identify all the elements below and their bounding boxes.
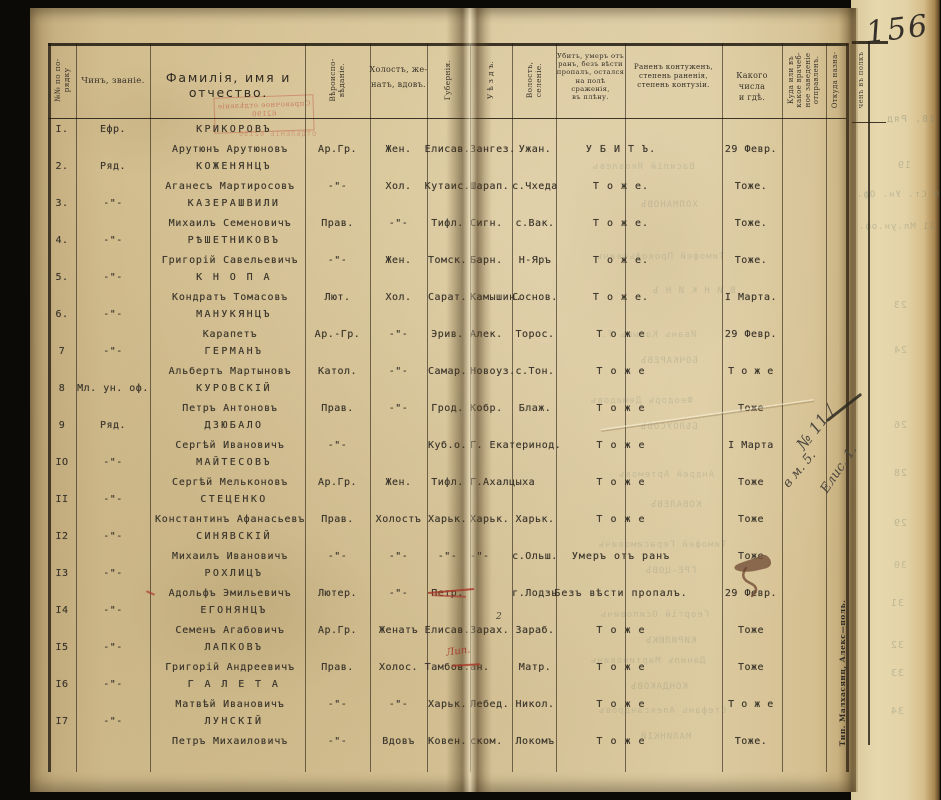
table-row: 2. Ряд. КОЖЕНЯНЦЪ Аганесъ Мартиросовъ -"… bbox=[0, 159, 941, 196]
cell-gubernia: Ковен. bbox=[424, 736, 471, 747]
cell-date: 29 Февр. bbox=[718, 329, 784, 340]
cell-given-name: Михаилъ Ивановичъ bbox=[150, 551, 310, 562]
cell-religion: -"- bbox=[305, 699, 370, 710]
column-header-religion: Вѣроиспо- вѣданіе. bbox=[328, 42, 346, 118]
cell-marital: Жен. bbox=[370, 255, 427, 266]
cell-surname: КОЖЕНЯНЦЪ bbox=[158, 161, 310, 172]
cell-surname: МАЙТЕСОВЪ bbox=[158, 457, 310, 468]
cell-rank: -"- bbox=[76, 235, 150, 246]
cell-rank: -"- bbox=[76, 198, 150, 209]
cell-marital: Холос. bbox=[370, 662, 427, 673]
cell-fate: Т о ж е bbox=[540, 403, 702, 414]
cell-row-number: I2 bbox=[48, 531, 76, 542]
cell-row-number: II bbox=[48, 494, 76, 505]
cell-marital: -"- bbox=[370, 588, 427, 599]
cell-date: Т о ж е bbox=[718, 699, 784, 710]
cell-fate: Т о ж е bbox=[540, 662, 702, 673]
cell-given-name: Аганесъ Мартиросовъ bbox=[150, 181, 310, 192]
cell-row-number: IO bbox=[48, 457, 76, 468]
table-row: I6 -"- Г А Л Е Т А Матвѣй Ивановичъ -"- … bbox=[0, 677, 941, 714]
cell-fate: Безъ вѣсти пропалъ. bbox=[540, 588, 702, 599]
table-row: 7 -"- ГЕРМАНЪ Альбертъ Мартыновъ Катол. … bbox=[0, 344, 941, 381]
cell-given-name: Петръ Антоновъ bbox=[150, 403, 310, 414]
cell-religion: -"- bbox=[305, 440, 370, 451]
table-row: I2 -"- СИНЯВСКІЙ Михаилъ Ивановичъ -"- -… bbox=[0, 529, 941, 566]
table-row: 5. -"- К Н О П А Кондратъ Томасовъ Лют. … bbox=[0, 270, 941, 307]
cell-date: Тоже. bbox=[718, 255, 784, 266]
cell-uezd: Сигн. bbox=[470, 218, 516, 229]
printer-imprint: Тип. Малхасянц, Алекс—поль. bbox=[838, 598, 847, 748]
cell-gubernia: Харьк. bbox=[424, 699, 471, 710]
cell-fate: Т о ж е bbox=[540, 477, 702, 488]
cell-rank: -"- bbox=[76, 272, 150, 283]
column-header-number: №№ по по- рядку bbox=[53, 45, 71, 115]
cell-date: 29 Февр. bbox=[718, 144, 784, 155]
cell-surname: СИНЯВСКІЙ bbox=[158, 531, 310, 542]
cell-gubernia: Томск. bbox=[424, 255, 471, 266]
cell-row-number: 5. bbox=[48, 272, 76, 283]
cell-date: Тоже bbox=[718, 477, 784, 488]
cell-religion: -"- bbox=[305, 255, 370, 266]
cell-given-name: Григорій Андреевичъ bbox=[150, 662, 310, 673]
column-header-origin-part2: ченъ въ полкъ bbox=[857, 42, 867, 118]
cell-uezd: ском. bbox=[470, 736, 516, 747]
cell-gubernia: Кутаис. bbox=[424, 181, 471, 192]
column-header-fate: Убитъ, умеръ отъ ранъ, безъ вѣсти пропал… bbox=[556, 52, 625, 101]
cell-gubernia: Харьк. bbox=[424, 514, 471, 525]
cell-marital: -"- bbox=[370, 218, 427, 229]
cell-uezd: Зарах. bbox=[470, 625, 516, 636]
cell-fate: Т о ж е bbox=[540, 440, 702, 451]
cell-religion: -"- bbox=[305, 181, 370, 192]
cell-fate: Т о ж е. bbox=[540, 218, 702, 229]
cell-marital: -"- bbox=[370, 551, 427, 562]
cell-surname: ДЗЮБАЛО bbox=[158, 420, 310, 431]
cell-given-name: Григорій Савельевичъ bbox=[150, 255, 310, 266]
cell-gubernia: Эрив. bbox=[424, 329, 471, 340]
cell-rank: -"- bbox=[76, 309, 150, 320]
cell-given-name: Сергѣй Ивановичъ bbox=[150, 440, 310, 451]
cell-date: Тоже. bbox=[718, 181, 784, 192]
column-header-name: Фамилія, имя и отчество. bbox=[152, 70, 305, 100]
cell-rank: Ряд. bbox=[76, 420, 150, 431]
column-header-date: Какого числа и гдѣ. bbox=[722, 70, 782, 103]
cell-row-number: I7 bbox=[48, 716, 76, 727]
cell-date: I Марта. bbox=[718, 292, 784, 303]
cell-rank: -"- bbox=[76, 568, 150, 579]
cell-uezd: Лебед. bbox=[470, 699, 516, 710]
cell-religion: Катол. bbox=[305, 366, 370, 377]
cell-fate: Т о ж е bbox=[540, 736, 702, 747]
cell-uezd: Барн. bbox=[470, 255, 516, 266]
cell-row-number: I6 bbox=[48, 679, 76, 690]
cell-marital: -"- bbox=[370, 403, 427, 414]
cell-fate: Т о ж е bbox=[540, 514, 702, 525]
cell-row-number: 8 bbox=[48, 383, 76, 394]
cell-date: I Марта bbox=[718, 440, 784, 451]
cell-gubernia: Елисав. bbox=[424, 144, 471, 155]
cell-religion: Ар.-Гр. bbox=[305, 329, 370, 340]
cell-row-number: 6. bbox=[48, 309, 76, 320]
table-row: 8 Мл. ун. оф. КУРОВСКІЙ Петръ Антоновъ П… bbox=[0, 381, 941, 418]
cell-fate: Т о ж е. bbox=[540, 292, 702, 303]
cell-row-number: I. bbox=[48, 124, 76, 135]
cell-rank: -"- bbox=[76, 605, 150, 616]
cell-surname: ГЕРМАНЪ bbox=[158, 346, 310, 357]
cell-date: Тоже. bbox=[718, 218, 784, 229]
cell-religion: Прав. bbox=[305, 218, 370, 229]
cell-given-name: Михаилъ Семеновичъ bbox=[150, 218, 310, 229]
table-row: 3. -"- КАЗЕРАШВИЛИ Михаилъ Семеновичъ Пр… bbox=[0, 196, 941, 233]
cell-row-number: I4 bbox=[48, 605, 76, 616]
cell-uezd: Камышин. bbox=[470, 292, 516, 303]
cell-gubernia: -"- bbox=[424, 551, 471, 562]
cell-gubernia: Куб.о. bbox=[424, 440, 471, 451]
cell-row-number: 3. bbox=[48, 198, 76, 209]
cell-surname: СТЕЦЕНКО bbox=[158, 494, 310, 505]
cell-given-name: Сергѣй Мельконовъ bbox=[150, 477, 310, 488]
cell-religion: -"- bbox=[305, 551, 370, 562]
column-header-volost: Волость, селеніе. bbox=[525, 42, 543, 118]
cell-fate: Т о ж е. bbox=[540, 181, 702, 192]
cell-given-name: Константинъ Афанасьевъ bbox=[150, 514, 310, 525]
cell-date: Тоже. bbox=[718, 736, 784, 747]
cell-surname: РѢШЕТНИКОВЪ bbox=[158, 235, 310, 246]
cell-gubernia: Сарат. bbox=[424, 292, 471, 303]
cell-row-number: I3 bbox=[48, 568, 76, 579]
cell-fate: Т о ж е bbox=[540, 699, 702, 710]
cell-gubernia: Грод. bbox=[424, 403, 471, 414]
column-header-sent-to: Куда или въ какое врачеб- ное заведеніе … bbox=[787, 42, 821, 118]
cell-uezd: -"- bbox=[470, 551, 516, 562]
cell-marital: Жен. bbox=[370, 144, 427, 155]
pencil-digit: 2 bbox=[496, 612, 502, 622]
cell-surname: МАНУКЯНЦЪ bbox=[158, 309, 310, 320]
cell-religion: Прав. bbox=[305, 403, 370, 414]
cell-surname: КАЗЕРАШВИЛИ bbox=[158, 198, 310, 209]
table-row: I5 -"- ЛАПКОВЪ Григорій Андреевичъ Прав.… bbox=[0, 640, 941, 677]
cell-fate: Т о ж е bbox=[540, 366, 702, 377]
cell-given-name: Кондратъ Томасовъ bbox=[150, 292, 310, 303]
cell-given-name: Петръ Михаиловичъ bbox=[150, 736, 310, 747]
cell-given-name: Семенъ Агабовичъ bbox=[150, 625, 310, 636]
cell-uezd: Алек. bbox=[470, 329, 516, 340]
cell-religion: Прав. bbox=[305, 662, 370, 673]
cell-date: Тоже bbox=[718, 662, 784, 673]
cell-uezd: Г.Ахалцыха bbox=[470, 477, 516, 488]
cell-religion: Ар.Гр. bbox=[305, 477, 370, 488]
cell-uezd: Г. Екатеринод. bbox=[470, 440, 516, 451]
cell-fate: Т о ж е bbox=[540, 625, 702, 636]
table-row: 6. -"- МАНУКЯНЦЪ Карапетъ Ар.-Гр. -"- Эр… bbox=[0, 307, 941, 344]
cell-given-name: Карапетъ bbox=[150, 329, 310, 340]
column-header-rank: Чинъ, званіе. bbox=[78, 76, 148, 86]
cell-uezd: Зангез. bbox=[470, 144, 516, 155]
cell-marital: -"- bbox=[370, 699, 427, 710]
column-header-marital: Холостъ, же- натъ, вдовъ. bbox=[368, 62, 429, 92]
cell-rank: -"- bbox=[76, 642, 150, 653]
cell-marital: -"- bbox=[370, 329, 427, 340]
cell-marital: Хол. bbox=[370, 181, 427, 192]
cell-marital: -"- bbox=[370, 366, 427, 377]
cell-given-name: Арутюнъ Арутюновъ bbox=[150, 144, 310, 155]
cell-row-number: 7 bbox=[48, 346, 76, 357]
cell-marital: Холостъ bbox=[370, 514, 427, 525]
cell-surname: КРИКОРОВЪ bbox=[158, 124, 310, 135]
cell-surname: ЕГОНЯНЦЪ bbox=[158, 605, 310, 616]
cell-religion: Ар.Гр. bbox=[305, 625, 370, 636]
cell-fate: Т о ж е bbox=[540, 329, 702, 340]
cell-surname: КУРОВСКІЙ bbox=[158, 383, 310, 394]
cell-gubernia: Тифл. bbox=[424, 477, 471, 488]
cell-rank: -"- bbox=[76, 494, 150, 505]
cell-gubernia: Тифл. bbox=[424, 218, 471, 229]
cell-uezd: Новоуз. bbox=[470, 366, 516, 377]
table-row: I. Ефр. КРИКОРОВЪ Арутюнъ Арутюновъ Ар.Г… bbox=[0, 122, 941, 159]
cell-surname: Г А Л Е Т А bbox=[158, 679, 310, 690]
cell-surname: РОХЛИЦЪ bbox=[158, 568, 310, 579]
cell-religion: Ар.Гр. bbox=[305, 144, 370, 155]
cell-date: Тоже bbox=[718, 403, 784, 414]
cell-given-name: Матвѣй Ивановичъ bbox=[150, 699, 310, 710]
cell-marital: Вдовъ bbox=[370, 736, 427, 747]
cell-rank: -"- bbox=[76, 346, 150, 357]
cell-rank: Мл. ун. оф. bbox=[76, 383, 150, 394]
cell-gubernia: Самар. bbox=[424, 366, 471, 377]
cell-uezd: Шарап. bbox=[470, 181, 516, 192]
cell-fate: Т о ж е. bbox=[540, 255, 702, 266]
cell-fate: У Б И Т Ъ. bbox=[540, 144, 702, 155]
cell-gubernia: Елисав. bbox=[424, 625, 471, 636]
cell-row-number: 4. bbox=[48, 235, 76, 246]
cell-marital: Хол. bbox=[370, 292, 427, 303]
cell-religion: Прав. bbox=[305, 514, 370, 525]
cell-row-number: I5 bbox=[48, 642, 76, 653]
cell-date: Тоже bbox=[718, 625, 784, 636]
table-row: I7 -"- ЛУНСКІЙ Петръ Михаиловичъ -"- Вдо… bbox=[0, 714, 941, 751]
column-header-uezd: У ѣ з д ъ. bbox=[486, 42, 496, 118]
cell-given-name: Адольфъ Эмильевичъ bbox=[150, 588, 310, 599]
cell-marital: Женатъ bbox=[370, 625, 427, 636]
cell-given-name: Альбертъ Мартыновъ bbox=[150, 366, 310, 377]
row-divider bbox=[48, 118, 846, 119]
table-row: 4. -"- РѢШЕТНИКОВЪ Григорій Савельевичъ … bbox=[0, 233, 941, 270]
cell-uezd: Кобр. bbox=[470, 403, 516, 414]
column-header-wounded: Раненъ контуженъ, степень раненія, степе… bbox=[625, 62, 722, 89]
cell-rank: Ряд. bbox=[76, 161, 150, 172]
cell-rank: -"- bbox=[76, 679, 150, 690]
cell-religion: -"- bbox=[305, 736, 370, 747]
cell-surname: К Н О П А bbox=[158, 272, 310, 283]
cell-row-number: 9 bbox=[48, 420, 76, 431]
cell-date: Т о ж е bbox=[718, 366, 784, 377]
table-row: I4 -"- ЕГОНЯНЦЪ Семенъ Агабовичъ Ар.Гр. … bbox=[0, 603, 941, 640]
scanned-document-page: Василій ЯковлевъХОЛМАНОВЪТимофей Прокофь… bbox=[0, 0, 941, 800]
cell-marital: Жен. bbox=[370, 477, 427, 488]
column-header-origin-part1: Откуда назна- bbox=[831, 42, 841, 118]
cell-rank: -"- bbox=[76, 716, 150, 727]
cell-surname: ЛУНСКІЙ bbox=[158, 716, 310, 727]
cell-rank: Ефр. bbox=[76, 124, 150, 135]
cell-religion: Лютер. bbox=[305, 588, 370, 599]
table-row: I3 -"- РОХЛИЦЪ Адольфъ Эмильевичъ Лютер.… bbox=[0, 566, 941, 603]
cell-religion: Лют. bbox=[305, 292, 370, 303]
cell-fate: Умеръ отъ ранъ bbox=[540, 551, 702, 562]
column-header-gubernia: Губернія. bbox=[443, 42, 453, 118]
cell-rank: -"- bbox=[76, 457, 150, 468]
ink-smudge bbox=[726, 550, 774, 602]
cell-rank: -"- bbox=[76, 531, 150, 542]
cell-surname: ЛАПКОВЪ bbox=[158, 642, 310, 653]
cell-row-number: 2. bbox=[48, 161, 76, 172]
cell-date: Тоже bbox=[718, 514, 784, 525]
cell-uezd: Харьк. bbox=[470, 514, 516, 525]
table-row: II -"- СТЕЦЕНКО Константинъ Афанасьевъ П… bbox=[0, 492, 941, 529]
